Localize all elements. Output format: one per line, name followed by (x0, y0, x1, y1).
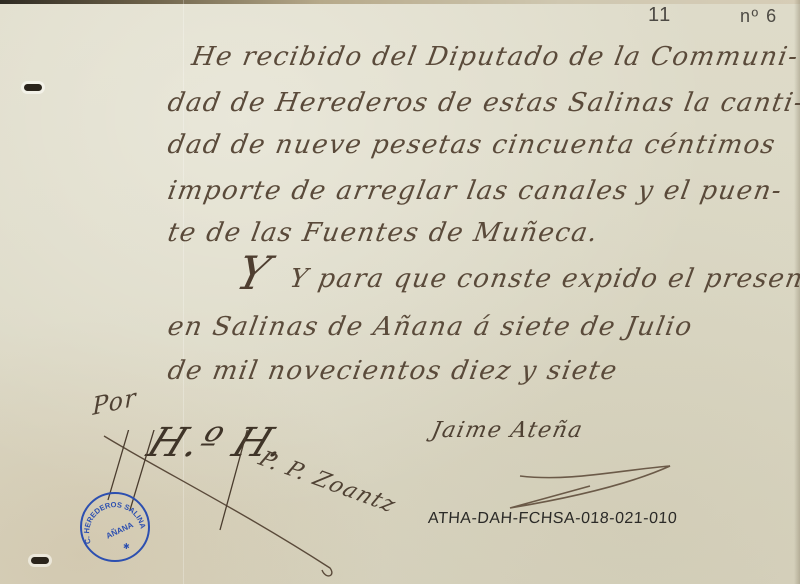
folio-number: 11 (648, 4, 672, 27)
closing-line-1: Y para que conste expido el presente (287, 264, 800, 294)
body-line-1: He recibido del Diputado de la Communi- (189, 42, 800, 72)
body-line-2: dad de Herederos de estas Salinas la can… (165, 88, 800, 118)
closing-line-3: de mil novecientos diez y siete (165, 356, 620, 386)
body-line-3: dad de nueve pesetas cincuenta céntimos (165, 130, 778, 160)
initial-y-flourish: Y (231, 246, 277, 300)
scanned-document-page: 11 nº 6 He recibido del Diputado de la C… (0, 0, 800, 584)
signature-right-flourish (500, 464, 680, 514)
punch-hole-bottom (31, 557, 49, 564)
item-number: nº 6 (740, 6, 778, 27)
signature-left-prefix: Por (92, 383, 137, 421)
stamp-center-text: AÑANA (105, 520, 135, 540)
heirs-salinas-stamp: C. HEREDEROS SALINAS AÑANA ✱ (80, 492, 150, 562)
signature-right: Jaime Ateña (429, 418, 585, 443)
archive-reference-code: ATHA-DAH-FCHSA-018-021-010 (427, 510, 677, 528)
body-line-5: te de las Fuentes de Muñeca. (165, 218, 601, 248)
stamp-star-icon: ✱ (123, 542, 130, 551)
closing-line-2: en Salinas de Añana á siete de Julio (165, 312, 695, 342)
paper-top-edge (0, 0, 800, 4)
punch-hole-top (24, 84, 42, 91)
stamp-text-ring: C. HEREDEROS SALINAS AÑANA ✱ (79, 491, 151, 563)
body-line-4: importe de arreglar las canales y el pue… (165, 176, 785, 206)
